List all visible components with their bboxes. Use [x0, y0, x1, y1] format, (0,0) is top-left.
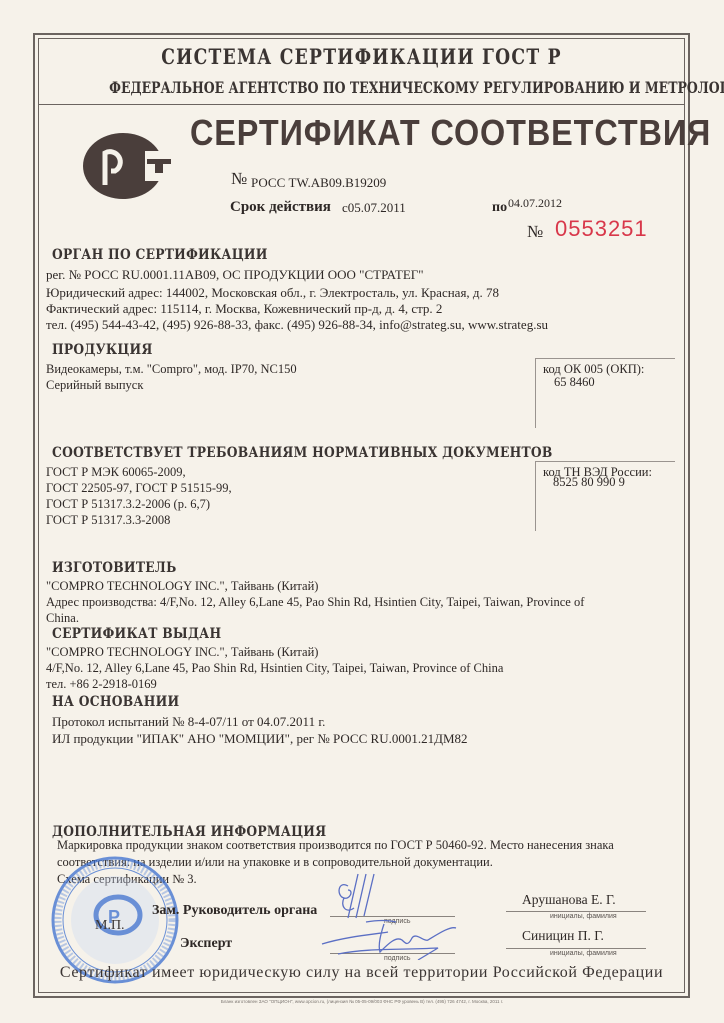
printer-note: Бланк изготовлен ЗАО "ОПЦИОН", www.opcio…	[0, 999, 724, 1004]
standard-line: ГОСТ Р МЭК 60065-2009,	[46, 465, 186, 480]
seal-label: М.П.	[95, 918, 125, 934]
issued-to-line: "COMPRO TECHNOLOGY INC.", Тайвань (Китай…	[46, 645, 318, 660]
additional-info-line: Маркировка продукции знаком соответствия…	[57, 838, 614, 853]
expert-name-caption: инициалы, фамилия	[550, 950, 617, 957]
certificate-number-label: №	[231, 169, 247, 189]
valid-to-date: 04.07.2012	[508, 196, 562, 211]
valid-to-prefix: по	[492, 200, 507, 216]
header-divider	[38, 104, 685, 105]
issued-to-heading: СЕРТИФИКАТ ВЫДАН	[52, 626, 221, 642]
product-heading: ПРОДУКЦИЯ	[52, 342, 153, 358]
certification-body-line: Юридический адрес: 144002, Московская об…	[46, 285, 499, 301]
compliance-heading: СООТВЕТСТВУЕТ ТРЕБОВАНИЯМ НОРМАТИВНЫХ ДО…	[52, 445, 553, 461]
issued-to-line: 4/F,No. 12, Alley 6,Lane 45, Pao Shin Rd…	[46, 661, 503, 676]
manufacturer-heading: ИЗГОТОВИТЕЛЬ	[52, 560, 177, 576]
okp-code-box: код ОК 005 (ОКП): 65 8460	[535, 358, 675, 428]
certification-body-line: рег. № РОСС RU.0001.11АВ09, ОС ПРОДУКЦИИ…	[46, 267, 424, 283]
head-role: Зам. Руководитель органа	[152, 903, 317, 919]
tnved-code-value: 8525 80 990 9	[553, 475, 625, 490]
agency-name: ФЕДЕРАЛЬНОЕ АГЕНТСТВО ПО ТЕХНИЧЕСКОМУ РЕ…	[109, 78, 614, 97]
product-line: Видеокамеры, т.м. "Compro", мод. IP70, N…	[46, 362, 297, 377]
head-signature-icon	[330, 872, 390, 922]
certificate-title: СЕРТИФИКАТ СООТВЕТСТВИЯ	[190, 112, 711, 154]
manufacturer-line: Адрес производства: 4/F,No. 12, Alley 6,…	[46, 595, 584, 610]
okp-code-value: 65 8460	[554, 375, 595, 390]
valid-from-date: 05.07.2011	[348, 200, 406, 215]
basis-heading: НА ОСНОВАНИИ	[52, 694, 179, 710]
validity-label: Срок действия	[230, 199, 331, 216]
expert-name-line	[506, 948, 646, 949]
certification-body-heading: ОРГАН ПО СЕРТИФИКАЦИИ	[52, 247, 268, 263]
serial-number-label: №	[527, 222, 543, 242]
head-name-line	[506, 911, 646, 912]
standard-line: ГОСТ Р 51317.3.2-2006 (р. 6,7)	[46, 497, 210, 512]
standard-line: ГОСТ 22505-97, ГОСТ Р 51515-99,	[46, 481, 232, 496]
standard-line: ГОСТ Р 51317.3.3-2008	[46, 513, 170, 528]
manufacturer-line: "COMPRO TECHNOLOGY INC.", Тайвань (Китай…	[46, 579, 318, 594]
product-line: Серийный выпуск	[46, 378, 143, 393]
expert-role: Эксперт	[180, 936, 232, 952]
system-title: СИСТЕМА СЕРТИФИКАЦИИ ГОСТ Р	[96, 44, 627, 69]
expert-signature-icon	[318, 918, 468, 960]
legal-validity-note: Сертификат имеет юридическую силу на все…	[38, 964, 685, 982]
certification-body-line: тел. (495) 544-43-42, (495) 926-88-33, ф…	[46, 317, 548, 333]
issued-to-line: тел. +86 2-2918-0169	[46, 677, 157, 692]
expert-name: Синицин П. Г.	[522, 928, 604, 944]
basis-line: Протокол испытаний № 8-4-07/11 от 04.07.…	[52, 714, 325, 730]
tnved-code-box: код ТН ВЭД России: 8525 80 990 9	[535, 461, 675, 531]
head-name: Арушанова Е. Г.	[522, 892, 616, 908]
manufacturer-line: China.	[46, 611, 79, 626]
rst-mark-icon	[83, 133, 175, 199]
serial-number: 0553251	[555, 216, 648, 242]
certification-body-line: Фактический адрес: 115114, г. Москва, Ко…	[46, 301, 442, 317]
basis-line: ИЛ продукции "ИПАК" АНО "МОМЦИИ", рег № …	[52, 731, 468, 747]
certificate-number: РОСС TW.АВ09.В19209	[251, 175, 386, 191]
valid-from: с05.07.2011	[342, 200, 406, 216]
head-name-caption: инициалы, фамилия	[550, 913, 617, 920]
